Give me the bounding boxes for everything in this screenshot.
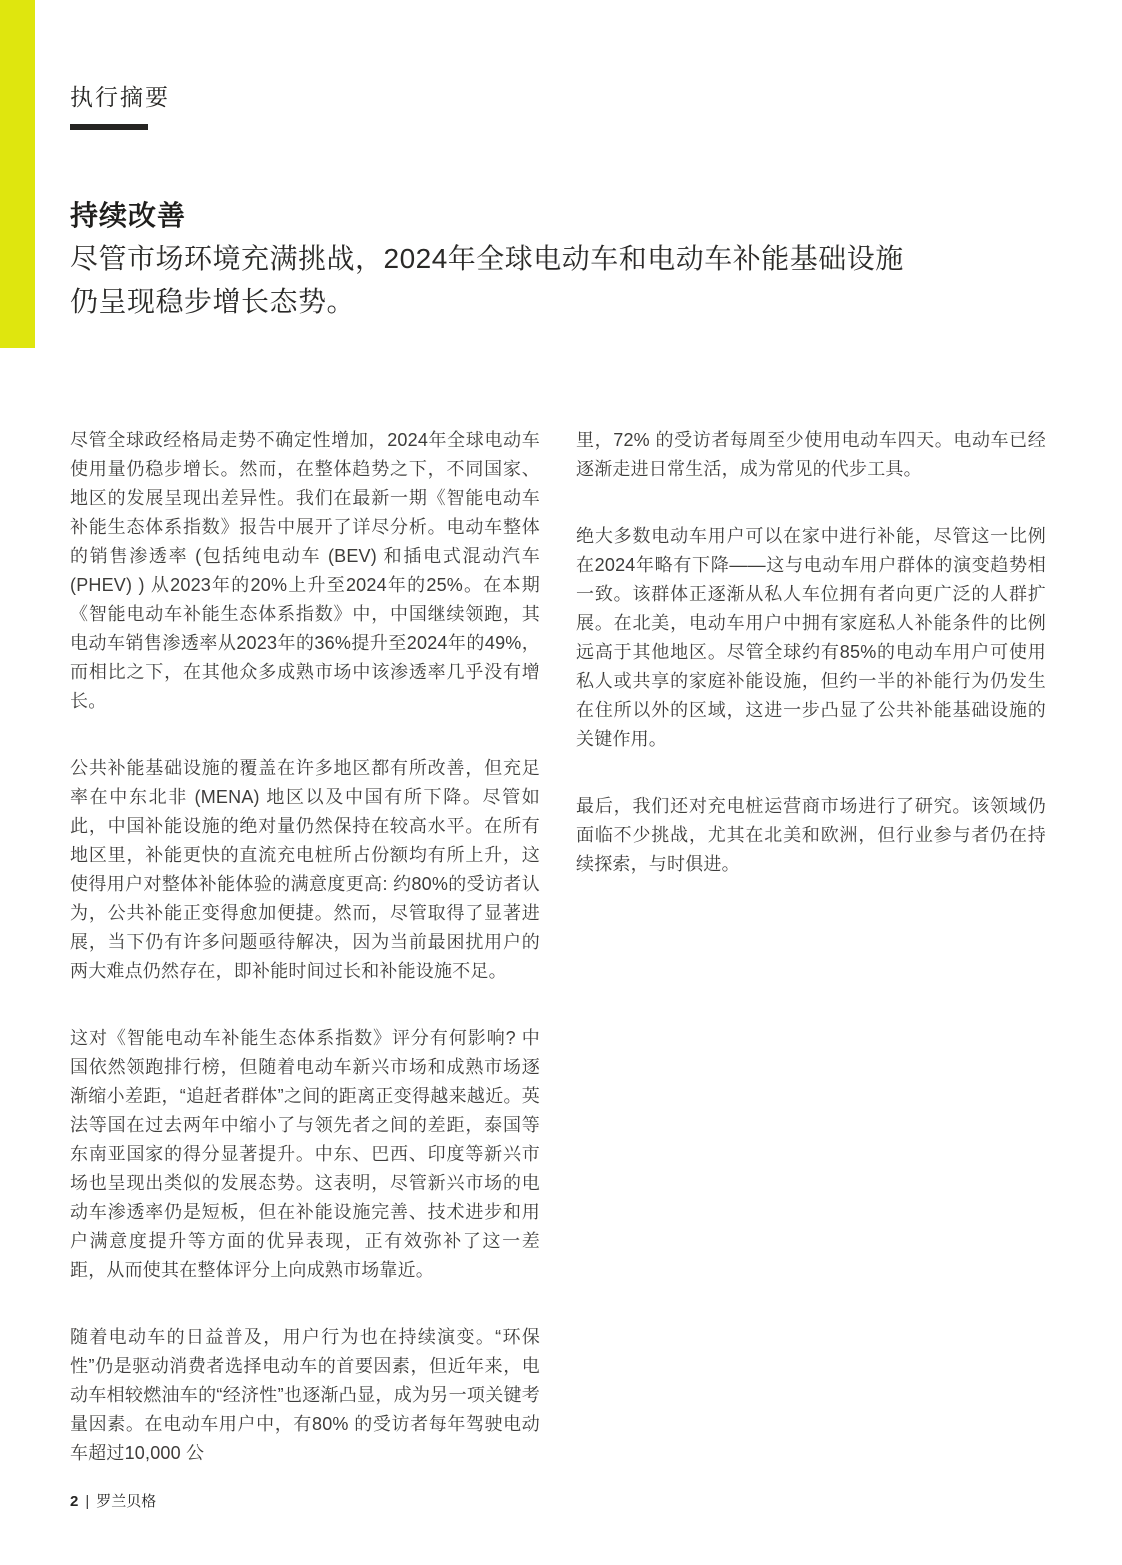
page-number: 2: [70, 1493, 78, 1510]
page-title: 持续改善: [70, 194, 904, 237]
body-paragraph: 里，72% 的受访者每周至少使用电动车四天。电动车已经逐渐走进日常生活，成为常见…: [576, 426, 1046, 484]
body-columns: 尽管全球政经格局走势不确定性增加，2024年全球电动车使用量仍稳步增长。然而，在…: [70, 426, 1046, 1468]
left-column: 尽管全球政经格局走势不确定性增加，2024年全球电动车使用量仍稳步增长。然而，在…: [70, 426, 540, 1468]
body-paragraph: 最后，我们还对充电桩运营商市场进行了研究。该领域仍面临不少挑战，尤其在北美和欧洲…: [576, 792, 1046, 879]
accent-bar: [0, 0, 35, 348]
footer-divider: |: [85, 1493, 89, 1510]
body-paragraph: 绝大多数电动车用户可以在家中进行补能，尽管这一比例在2024年略有下降——这与电…: [576, 522, 1046, 754]
page-footer: 2 | 罗兰贝格: [70, 1490, 156, 1511]
eyebrow-underline: [70, 124, 148, 130]
body-paragraph: 随着电动车的日益普及，用户行为也在持续演变。“环保性”仍是驱动消费者选择电动车的…: [70, 1323, 540, 1468]
body-paragraph: 这对《智能电动车补能生态体系指数》评分有何影响? 中国依然领跑排行榜，但随着电动…: [70, 1024, 540, 1285]
body-paragraph: 尽管全球政经格局走势不确定性增加，2024年全球电动车使用量仍稳步增长。然而，在…: [70, 426, 540, 716]
brand-name: 罗兰贝格: [96, 1490, 156, 1511]
section-eyebrow: 执行摘要: [70, 83, 170, 111]
page-subtitle: 尽管市场环境充满挑战，2024年全球电动车和电动车补能基础设施仍呈现稳步增长态势…: [70, 237, 904, 323]
title-block: 持续改善 尽管市场环境充满挑战，2024年全球电动车和电动车补能基础设施仍呈现稳…: [70, 194, 904, 323]
report-page: 执行摘要 持续改善 尽管市场环境充满挑战，2024年全球电动车和电动车补能基础设…: [0, 0, 1122, 1565]
body-paragraph: 公共补能基础设施的覆盖在许多地区都有所改善，但充足率在中东北非 (MENA) 地…: [70, 754, 540, 986]
right-column: 里，72% 的受访者每周至少使用电动车四天。电动车已经逐渐走进日常生活，成为常见…: [576, 426, 1046, 1468]
